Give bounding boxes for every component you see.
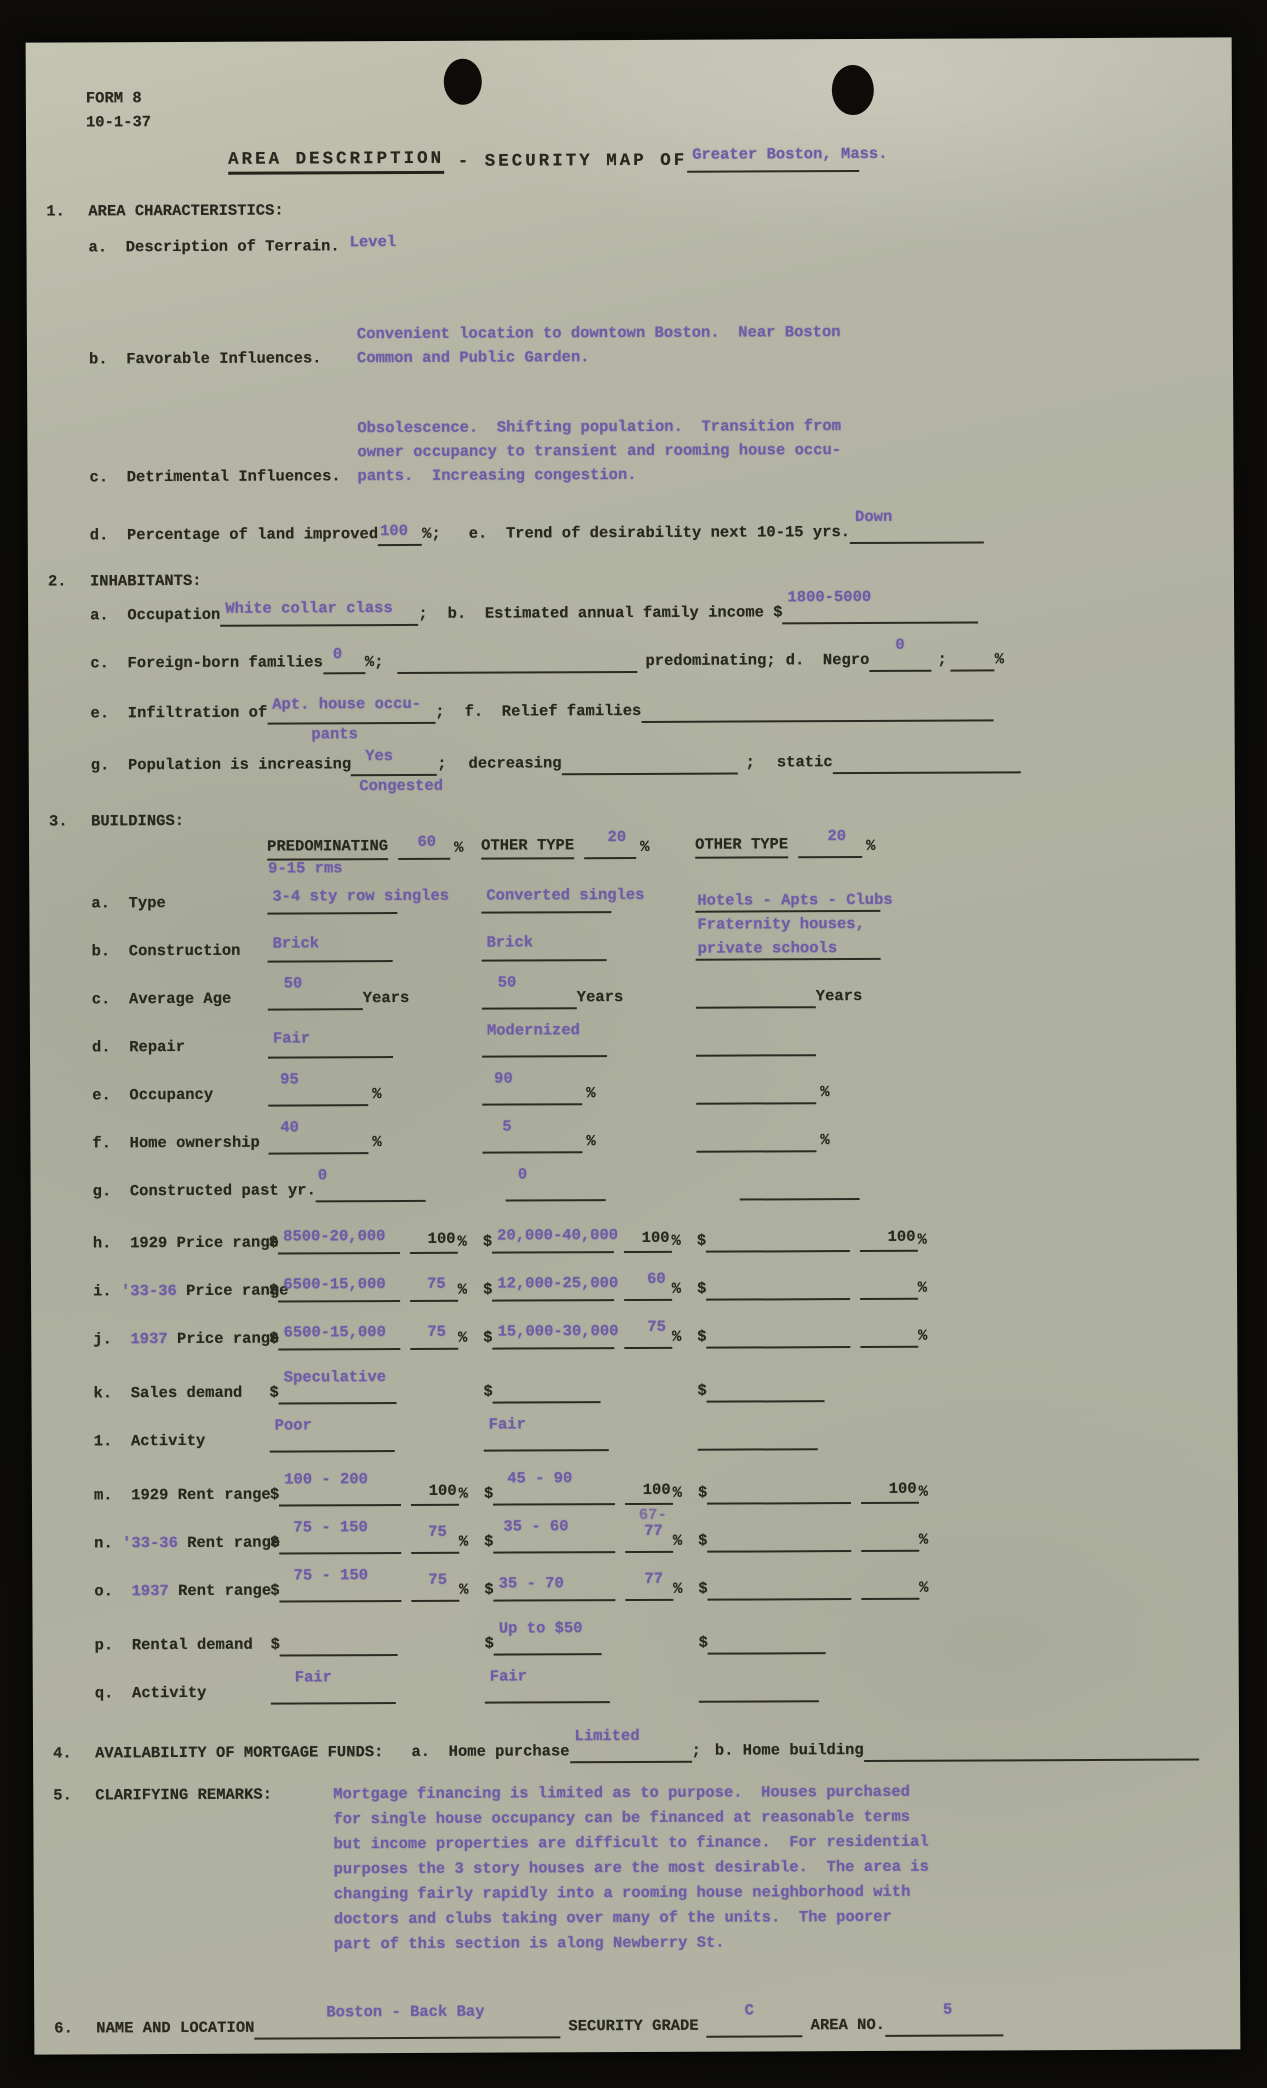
fill-1929-price-2: 20,000-40,000 [497, 1223, 618, 1248]
trend-blank: Down [850, 519, 984, 544]
fill-activity-1: Poor [275, 1413, 312, 1437]
fill-trend: Down [855, 505, 892, 529]
fill-ownership-1: 40 [280, 1115, 299, 1139]
land-improved-blank: 100 [378, 522, 422, 546]
relief-families-blank [641, 697, 993, 723]
field-occupation: a. OccupationWhite collar class;b. Estim… [48, 599, 1194, 628]
row-constructed-past-yr: g. Constructed past yr. 0 0 [51, 1175, 1197, 1204]
fill-33-price-pct-2: 60 [647, 1267, 666, 1291]
page-title: AREA DESCRIPTION - SECURITY MAP OFGreate… [228, 144, 1192, 175]
fill-year: 1937 [132, 1582, 169, 1600]
fill-detrimental-influences: Obsolescence. Shifting population. Trans… [357, 414, 841, 488]
fill-other1-pct: 20 [607, 825, 626, 849]
pct-slot: 100 [411, 1482, 459, 1506]
pct-slot: 100 [623, 1229, 671, 1253]
foreign-born-blank: 0 [323, 650, 365, 674]
fill-33-rent-2: 35 - 60 [503, 1514, 568, 1538]
pct-slot: 75 [411, 1578, 459, 1602]
row-rental-demand: p. Rental demand $ $Up to $50 $ [53, 1629, 1199, 1658]
fill-37-price-2: 15,000-30,000 [498, 1319, 619, 1344]
population-increasing-blank: YesCongested [351, 752, 437, 776]
population-decreasing-blank [561, 751, 737, 776]
field-detrimental-influences: c. Detrimental Influences. Obsolescence.… [47, 413, 1193, 490]
field-land-improved: d. Percentage of land improved100%;e. Tr… [48, 519, 1194, 548]
fill-year: 1937 [130, 1330, 167, 1348]
fill-37-rent-2: 35 - 70 [499, 1571, 564, 1595]
fill-occupancy-1: 95 [280, 1067, 299, 1091]
fill-age-2: 50 [498, 971, 517, 995]
fill-repair-2: Modernized [487, 1018, 580, 1042]
name-location-blank: Boston - Back Bay [254, 2014, 560, 2039]
fill-ownership-2: 5 [502, 1115, 511, 1139]
fill-other2-pct: 20 [827, 824, 846, 848]
row-activity-rental: q. Activity Fair Fair [53, 1677, 1199, 1706]
fill-33-rent-1: 75 - 150 [293, 1515, 368, 1539]
fill-constructed-2: 0 [518, 1162, 527, 1186]
title-fill-blank: Greater Boston, Mass. [687, 148, 859, 173]
row-33-36-rent-range: n. '33-36 Rent range $75 - 15075% $35 - … [52, 1527, 1198, 1556]
fill-infiltration-line2: pants [311, 722, 358, 746]
fill-37-price-1: 6500-15,000 [284, 1320, 386, 1344]
title-rest: - SECURITY MAP OF [444, 149, 687, 174]
fill-construction-2: Brick [486, 930, 533, 954]
fill-37-rent-pct-2: 77 [644, 1567, 663, 1591]
pct-slot: 60 [624, 1277, 672, 1301]
fill-predominating-pct: 60 [417, 830, 436, 854]
row-1937-price-range: j. 1937 Price range $6500-15,00075% $15,… [51, 1323, 1197, 1352]
fill-repair-1: Fair [273, 1026, 310, 1050]
negro-blank: 0 [869, 648, 931, 672]
field-terrain: a. Description of Terrain.Level [46, 227, 1192, 260]
hole-punch-right [832, 65, 874, 115]
row-average-age: c. Average Age 50Years 50Years Years [50, 983, 1196, 1012]
row-occupancy: e. Occupancy 95% 90% % [50, 1079, 1196, 1108]
fill-year: '33-36 [121, 1282, 177, 1300]
row-repair: d. Repair Fair Modernized [50, 1031, 1196, 1060]
fill-activity-rental-1: Fair [295, 1665, 332, 1689]
section-1-heading: 1.AREA CHARACTERISTICS: [46, 195, 1192, 224]
fill-occupation: White collar class [225, 596, 393, 621]
row-1929-rent-range: m. 1929 Rent range $100 - 200100% $45 - … [52, 1479, 1198, 1508]
section-2-heading: 2.INHABITANTS: [48, 565, 1194, 594]
fill-37-rent-pct-1: 75 [428, 1568, 447, 1592]
fill-income: 1800-5000 [787, 585, 871, 609]
fill-1929-rent-1: 100 - 200 [284, 1467, 368, 1491]
fill-rental-demand-2: Up to $50 [499, 1616, 583, 1640]
fill-population-congested: Congested [359, 774, 443, 798]
area-no-blank: 5 [885, 2012, 1003, 2037]
fill-33-price-pct-1: 75 [427, 1272, 446, 1296]
fill-1929-rent-2: 45 - 90 [507, 1466, 572, 1490]
fill-foreign-born: 0 [333, 642, 342, 666]
form-date: 10-1-37 [86, 106, 1192, 135]
fill-home-purchase: Limited [574, 1724, 639, 1748]
title-underlined-part: AREA DESCRIPTION [228, 147, 444, 175]
field-favorable-influences: b. Favorable Influences. Convenient loca… [47, 319, 1193, 372]
section-5: 5.CLARIFYING REMARKS: Mortgage financing… [53, 1779, 1200, 1959]
fill-year: '33-36 [122, 1534, 178, 1552]
pct-slot: 100 [859, 1228, 917, 1252]
fill-constructed-1: 0 [318, 1163, 327, 1187]
fill-type-1: 3-4 sty row singles [272, 884, 449, 909]
occupation-blank: White collar class [220, 602, 418, 627]
negro-pct-blank [951, 647, 995, 671]
security-grade-blank: C [707, 2013, 803, 2037]
income-blank: 1800-5000 [782, 599, 978, 624]
scanned-form-page: FORM 8 10-1-37 AREA DESCRIPTION - SECURI… [26, 37, 1241, 2054]
section-4: 4.AVAILABILITY OF MORTGAGE FUNDS:a. Home… [53, 1737, 1199, 1766]
table-header-row: PREDOMINATING609-15 rms% OTHER TYPE20% O… [49, 831, 1195, 862]
fill-rooms-note: 9-15 rms [268, 856, 343, 880]
home-building-blank [864, 1737, 1199, 1762]
col-header-other-type-1: OTHER TYPE20% [481, 833, 679, 860]
pct-slot: 75 [410, 1326, 458, 1350]
pct-slot: 100 [409, 1230, 457, 1254]
row-33-36-price-range: i. '33-36 Price range $6500-15,00075% $1… [51, 1275, 1197, 1304]
row-sales-demand: k. Sales demand $Speculative $ $ [51, 1377, 1197, 1406]
fill-negro: 0 [895, 633, 904, 657]
fill-occupancy-2: 90 [494, 1067, 513, 1091]
row-1937-rent-range: o. 1937 Rent range $75 - 15075% $35 - 70… [52, 1575, 1198, 1604]
home-purchase-blank: Limited [570, 1739, 692, 1764]
pct-slot: 75 [411, 1530, 459, 1554]
predominating-pct-blank: 609-15 rms [398, 836, 450, 860]
other1-pct-blank: 20 [584, 835, 636, 859]
row-activity-sales: 1. Activity Poor Fair [52, 1425, 1198, 1454]
fill-age-1: 50 [284, 971, 303, 995]
predominating-blank [397, 649, 637, 674]
fill-sales-demand-1: Speculative [284, 1365, 386, 1389]
hole-punch-left [444, 59, 482, 105]
fill-infiltration: Apt. house occu- [272, 692, 421, 717]
pct-slot: 75 [410, 1278, 458, 1302]
population-static-blank [833, 749, 1021, 774]
fill-37-price-pct-1: 75 [427, 1320, 446, 1344]
form-content: FORM 8 10-1-37 AREA DESCRIPTION - SECURI… [26, 37, 1241, 2054]
fill-name-location: Boston - Back Bay [326, 2000, 484, 2025]
row-construction: b. Construction Brick Brick [50, 935, 1196, 964]
field-foreign-born: c. Foreign-born families0%;predominating… [48, 647, 1194, 676]
fill-security-grade: C [745, 1998, 754, 2022]
fill-33-price-1: 6500-15,000 [283, 1272, 385, 1296]
col-header-predominating: PREDOMINATING609-15 rms% [267, 834, 465, 861]
fill-33-price-2: 12,000-25,000 [497, 1271, 618, 1296]
row-home-ownership: f. Home ownership 40% 5% % [50, 1127, 1196, 1156]
pct-slot: 77 [625, 1577, 673, 1601]
fill-population-increasing: Yes [365, 744, 393, 768]
title-fill: Greater Boston, Mass. [692, 142, 887, 167]
row-1929-price-range: h. 1929 Price range $8500-20,000100% $20… [51, 1227, 1197, 1256]
fill-activity-rental-2: Fair [490, 1664, 527, 1688]
fill-37-price-pct-2: 75 [647, 1315, 666, 1339]
fill-land-improved: 100 [380, 519, 408, 543]
pct-slot: 100 [861, 1480, 919, 1504]
fill-33-rent-pct-1: 75 [428, 1520, 447, 1544]
fill-clarifying-remarks: Mortgage financing is limited as to purp… [333, 1779, 1200, 1958]
fill-37-rent-1: 75 - 150 [294, 1563, 369, 1587]
pct-slot: 100 [625, 1481, 673, 1505]
pct-slot: 75 [624, 1325, 672, 1349]
fill-33-rent-pct-2: 77 [644, 1519, 663, 1543]
fill-area-no: 5 [943, 1998, 952, 2022]
col-header-other-type-2: OTHER TYPE20% [695, 832, 925, 859]
fill-activity-2: Fair [489, 1412, 526, 1436]
fill-type-2: Converted singles [486, 883, 644, 908]
pct-slot: 67-77 [625, 1529, 673, 1553]
fill-favorable-influences: Convenient location to downtown Boston. … [357, 320, 841, 370]
fill-construction-1: Brick [272, 931, 319, 955]
section-6: 6.NAME AND LOCATIONBoston - Back BaySECU… [54, 2012, 1200, 2041]
row-type: a. Type 3-4 sty row singles Converted si… [49, 887, 1195, 916]
field-infiltration: e. Infiltration ofApt. house occu-pants;… [48, 697, 1194, 726]
field-population: g. Population is increasingYesCongested;… [49, 749, 1195, 778]
fill-terrain: Level [350, 230, 397, 254]
fill-1929-price-1: 8500-20,000 [283, 1224, 385, 1248]
other2-pct-blank: 20 [798, 834, 862, 858]
infiltration-blank: Apt. house occu-pants [267, 700, 435, 725]
